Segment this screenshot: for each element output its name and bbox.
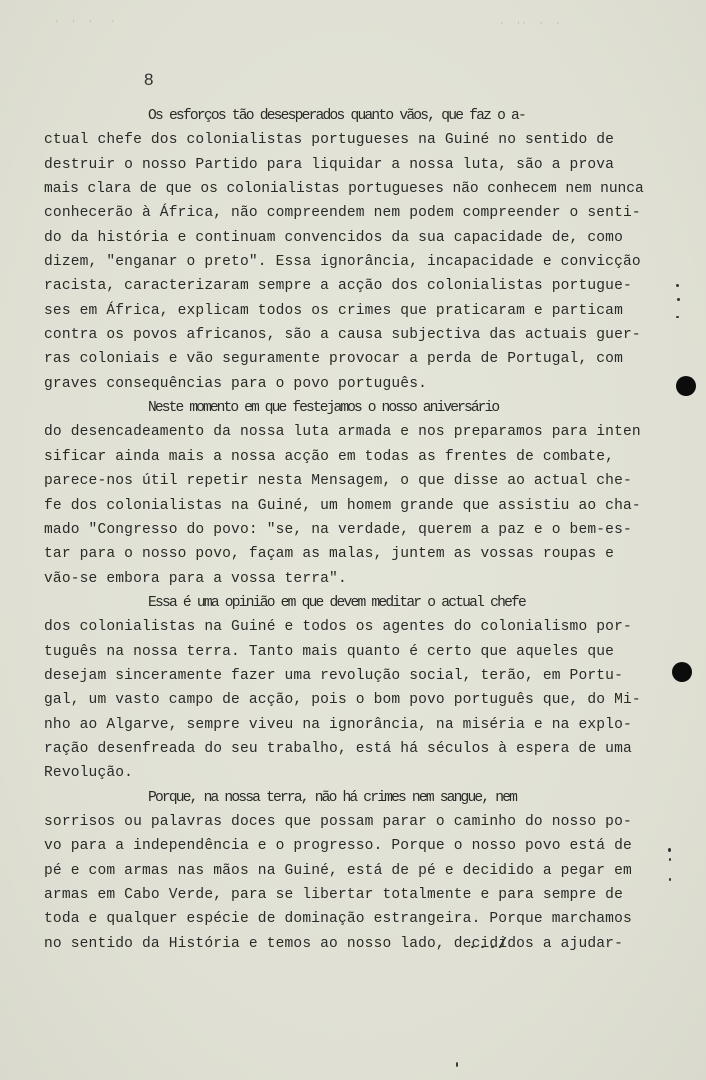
text-line: destruir o nosso Partido para liquidar a…: [44, 153, 644, 177]
text-line: Porque, na nossa terra, não há crimes ne…: [44, 786, 644, 810]
scan-artifact: · ·· · ·: [500, 20, 562, 27]
speck: [456, 1062, 458, 1067]
text-line: tuguês na nossa terra. Tanto mais quanto…: [44, 640, 644, 664]
text-line: mais clara de que os colonialistas portu…: [44, 177, 644, 201]
text-line: parece-nos útil repetir nesta Mensagem, …: [44, 469, 644, 493]
page-number: 8: [144, 70, 153, 90]
text-line: contra os povos africanos, são a causa s…: [44, 323, 644, 347]
text-line: ração desenfreada do seu trabalho, está …: [44, 737, 644, 761]
speck: [676, 316, 679, 318]
text-line: conhecerão à África, não compreendem nem…: [44, 201, 644, 225]
text-line: Revolução.: [44, 761, 644, 785]
text-line: tar para o nosso povo, façam as malas, j…: [44, 542, 644, 566]
text-line: Neste momento em que festejamos o nosso …: [44, 396, 644, 420]
text-line: ctual chefe dos colonialistas portuguese…: [44, 128, 644, 152]
text-line: dizem, "enganar o preto". Essa ignorânci…: [44, 250, 644, 274]
text-line: Essa é uma opinião em que devem meditar …: [44, 591, 644, 615]
text-line: graves consequências para o povo portugu…: [44, 372, 644, 396]
speck: [669, 858, 671, 861]
text-line: ses em África, explicam todos os crimes …: [44, 299, 644, 323]
punch-hole: [672, 662, 692, 682]
text-line: toda e qualquer espécie de dominação est…: [44, 907, 644, 931]
text-line: racista, caracterizaram sempre a acção d…: [44, 274, 644, 298]
text-line: no sentido da História e temos ao nosso …: [44, 932, 644, 956]
text-line: pé e com armas nas mãos na Guiné, está d…: [44, 859, 644, 883]
speck: [669, 878, 671, 881]
text-line: mado "Congresso do povo: "se, na verdade…: [44, 518, 644, 542]
text-line: dos colonialistas na Guiné e todos os ag…: [44, 615, 644, 639]
punch-hole: [676, 376, 696, 396]
text-line: Os esforços tão desesperados quanto vãos…: [44, 104, 644, 128]
text-line: desejam sinceramente fazer uma revolução…: [44, 664, 644, 688]
continuation-mark: .../: [468, 936, 508, 953]
text-line: vão-se embora para a vossa terra".: [44, 567, 644, 591]
text-line: sorrisos ou palavras doces que possam pa…: [44, 810, 644, 834]
text-line: ras coloniais e vão seguramente provocar…: [44, 347, 644, 371]
text-line: nho ao Algarve, sempre viveu na ignorânc…: [44, 713, 644, 737]
typewritten-body: Os esforços tão desesperados quanto vãos…: [44, 104, 644, 956]
text-line: sificar ainda mais a nossa acção em toda…: [44, 445, 644, 469]
text-line: do da história e continuam convencidos d…: [44, 226, 644, 250]
speck: [676, 284, 679, 287]
text-line: vo para a independência e o progresso. P…: [44, 834, 644, 858]
speck: [668, 848, 671, 852]
text-line: fe dos colonialistas na Guiné, um homem …: [44, 494, 644, 518]
scan-artifact: · · · ·: [55, 18, 117, 25]
scanned-page: · · · · · ·· · · 8 Os esforços tão deses…: [0, 0, 706, 1080]
text-line: gal, um vasto campo de acção, pois o bom…: [44, 688, 644, 712]
speck: [677, 298, 680, 301]
text-line: armas em Cabo Verde, para se libertar to…: [44, 883, 644, 907]
text-line: do desencadeamento da nossa luta armada …: [44, 420, 644, 444]
